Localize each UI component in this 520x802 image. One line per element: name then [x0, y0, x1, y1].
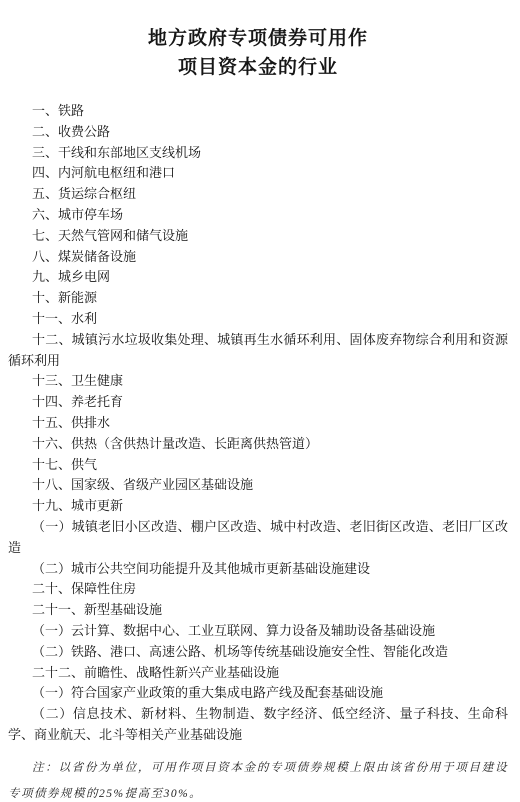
list-item: 四、内河航电枢纽和港口: [8, 163, 508, 184]
list-item: 八、煤炭储备设施: [8, 247, 508, 268]
list-item: 十九、城市更新: [8, 496, 508, 517]
list-item: 十八、国家级、省级产业园区基础设施: [8, 475, 508, 496]
list-item: 十二、城镇污水垃圾收集处理、城镇再生水循环利用、固体废弃物综合利用和资源循环利用: [8, 330, 508, 372]
list-item: 十、新能源: [8, 288, 508, 309]
footnote: 注：以省份为单位，可用作项目资本金的专项债券规模上限由该省份用于项目建设专项债券…: [8, 755, 508, 802]
list-item: 六、城市停车场: [8, 205, 508, 226]
list-item: 二十一、新型基础设施: [8, 600, 508, 621]
list-item: （二）信息技术、新材料、生物制造、数字经济、低空经济、量子科技、生命科学、商业航…: [8, 704, 508, 746]
list-item: （一）云计算、数据中心、工业互联网、算力设备及辅助设备基础设施: [8, 621, 508, 642]
list-item: 十六、供热（含供热计量改造、长距离供热管道）: [8, 434, 508, 455]
list-item: 十五、供排水: [8, 413, 508, 434]
list-item: 五、货运综合枢纽: [8, 184, 508, 205]
list-item: 三、干线和东部地区支线机场: [8, 143, 508, 164]
document-title: 地方政府专项债券可用作 项目资本金的行业: [8, 24, 508, 82]
list-item: 一、铁路: [8, 101, 508, 122]
title-line-1: 地方政府专项债券可用作: [8, 24, 508, 53]
document-page: 地方政府专项债券可用作 项目资本金的行业 一、铁路二、收费公路三、干线和东部地区…: [0, 0, 520, 802]
list-item: 九、城乡电网: [8, 267, 508, 288]
industry-list: 一、铁路二、收费公路三、干线和东部地区支线机场四、内河航电枢纽和港口五、货运综合…: [8, 101, 508, 746]
list-item: 二、收费公路: [8, 122, 508, 143]
list-item: 十三、卫生健康: [8, 371, 508, 392]
list-item: （一）符合国家产业政策的重大集成电路产线及配套基础设施: [8, 683, 508, 704]
title-line-2: 项目资本金的行业: [8, 53, 508, 82]
list-item: 十四、养老托育: [8, 392, 508, 413]
list-item: 七、天然气管网和储气设施: [8, 226, 508, 247]
list-item: 二十二、前瞻性、战略性新兴产业基础设施: [8, 663, 508, 684]
list-item: （二）铁路、港口、高速公路、机场等传统基础设施安全性、智能化改造: [8, 642, 508, 663]
list-item: 十七、供气: [8, 455, 508, 476]
list-item: 二十、保障性住房: [8, 579, 508, 600]
list-item: （一）城镇老旧小区改造、棚户区改造、城中村改造、老旧街区改造、老旧厂区改造: [8, 517, 508, 559]
list-item: （二）城市公共空间功能提升及其他城市更新基础设施建设: [8, 559, 508, 580]
list-item: 十一、水利: [8, 309, 508, 330]
